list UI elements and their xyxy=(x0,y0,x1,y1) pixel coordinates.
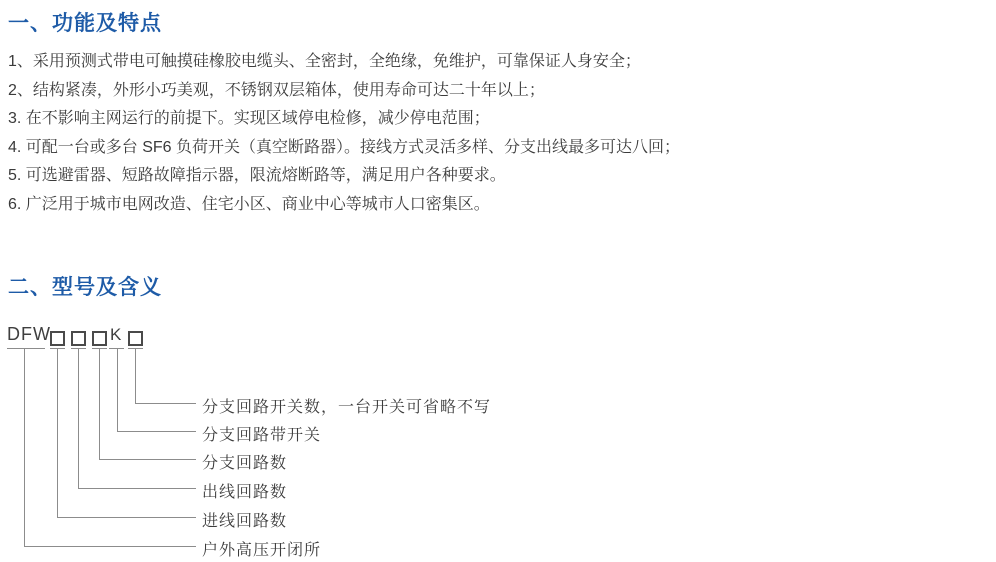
connector-horizontal-dfw xyxy=(24,546,196,547)
connector-horizontal-box-3 xyxy=(99,459,196,460)
underline-dfw xyxy=(7,348,45,349)
model-designation-diagram: DFW K 分支回路开关数，一台开关可省略不写 分支回路带开关 分支回路数 出线… xyxy=(0,322,996,562)
model-label-branch-circuit-count: 分支回路数 xyxy=(202,450,287,473)
connector-vertical-box-3 xyxy=(99,349,100,459)
feature-item-6: 6. 广泛用于城市电网改造、住宅小区、商业中心等城市人口密集区。 xyxy=(8,191,728,220)
model-placeholder-box-1 xyxy=(50,331,65,346)
feature-list: 1、采用预测式带电可触摸硅橡胶电缆头、全密封，全绝缘，免维护，可靠保证人身安全；… xyxy=(8,48,728,220)
connector-vertical-box-4 xyxy=(135,349,136,403)
connector-vertical-box-1 xyxy=(57,349,58,517)
feature-item-1: 1、采用预测式带电可触摸硅橡胶电缆头、全密封，全绝缘，免维护，可靠保证人身安全； xyxy=(8,48,728,77)
model-label-outgoing-circuit-count: 出线回路数 xyxy=(202,479,287,502)
model-label-branch-switch-count: 分支回路开关数，一台开关可省略不写 xyxy=(202,394,491,417)
model-prefix-dfw: DFW xyxy=(7,324,51,345)
model-placeholder-box-2 xyxy=(71,331,86,346)
model-placeholder-box-4 xyxy=(128,331,143,346)
feature-item-3: 3. 在不影响主网运行的前提下。实现区域停电检修，减少停电范围； xyxy=(8,105,728,134)
model-placeholder-box-3 xyxy=(92,331,107,346)
feature-item-2: 2、结构紧凑，外形小巧美观，不锈钢双层箱体，使用寿命可达二十年以上； xyxy=(8,77,728,106)
feature-item-5: 5. 可选避雷器、短路故障指示器，限流熔断路等，满足用户各种要求。 xyxy=(8,162,728,191)
connector-vertical-box-2 xyxy=(78,349,79,488)
connector-vertical-letter-k xyxy=(117,349,118,431)
model-label-branch-with-switch: 分支回路带开关 xyxy=(202,422,321,445)
feature-item-4: 4. 可配一台或多台 SF6 负荷开关（真空断路器）。接线方式灵活多样、分支出线… xyxy=(8,134,728,163)
section-title-features: 一、功能及特点 xyxy=(8,7,162,37)
connector-horizontal-letter-k xyxy=(117,431,196,432)
connector-horizontal-box-1 xyxy=(57,517,196,518)
section-title-model: 二、型号及含义 xyxy=(8,271,162,301)
model-label-outdoor-hv-switching-station: 户外高压开闭所 xyxy=(202,537,321,560)
connector-horizontal-box-2 xyxy=(78,488,196,489)
connector-vertical-dfw xyxy=(24,349,25,546)
model-letter-k: K xyxy=(110,325,121,345)
model-label-incoming-circuit-count: 进线回路数 xyxy=(202,508,287,531)
connector-horizontal-box-4 xyxy=(135,403,196,404)
